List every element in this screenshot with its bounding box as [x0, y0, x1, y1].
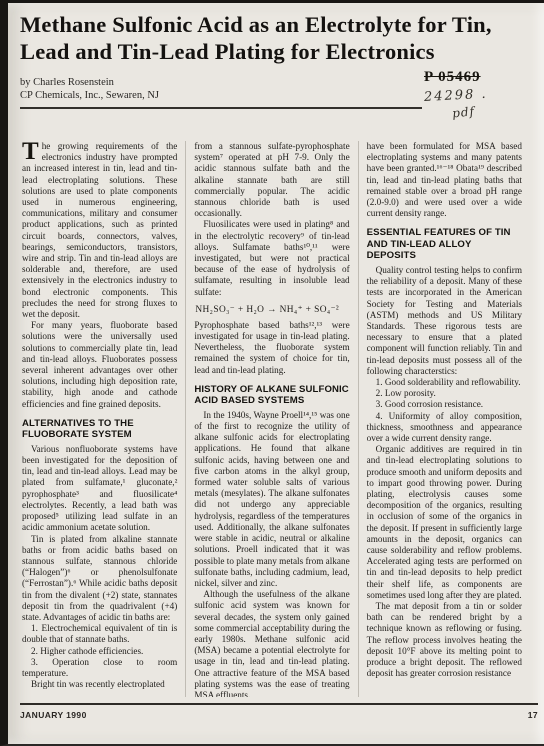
paragraph: from a stannous sulfate-pyrophosphate sy…: [194, 141, 349, 219]
list-item: 2. Higher cathode efficiencies.: [22, 646, 177, 657]
chemical-equation: NH₂SO₃⁻ + H₂O → NH₄⁺ + SO₄⁻²: [195, 304, 349, 315]
column-3: have been formulated for MSA based elect…: [358, 141, 530, 697]
page-footer: JANUARY 1990 17: [20, 710, 538, 720]
paragraph: Various nonfluoborate systems have been …: [22, 444, 177, 534]
list-item: 2. Low porosity.: [367, 388, 522, 399]
stamp-number: P 05469: [424, 69, 539, 86]
article-title: Methane Sulfonic Acid as an Electrolyte …: [20, 11, 528, 65]
list-item: 4. Uniformity of alloy composition, thic…: [367, 411, 522, 445]
list-item: 3. Operation close to room temperature.: [22, 657, 177, 679]
list-item: 3. Good corrosion resistance.: [367, 399, 522, 410]
section-heading: ALTERNATIVES TO THE FLUOBORATE SYSTEM: [22, 418, 177, 441]
column-2: from a stannous sulfate-pyrophosphate sy…: [185, 141, 357, 697]
section-heading: HISTORY OF ALKANE SULFONIC ACID BASED SY…: [194, 384, 349, 407]
paragraph: Although the usefulness of the alkane su…: [194, 589, 349, 697]
paragraph: The growing requirements of the electron…: [22, 141, 177, 320]
article-body: The growing requirements of the electron…: [20, 141, 530, 697]
paragraph: have been formulated for MSA based elect…: [367, 141, 522, 219]
paragraph: Bright tin was recently electroplated: [22, 679, 177, 690]
list-item: 1. Good solderability and reflowability.: [367, 377, 522, 388]
paragraph: Fluosilicates were used in plating⁸ and …: [194, 219, 349, 297]
paragraph: Tin is plated from alkaline stannate bat…: [22, 534, 177, 624]
issue-date: JANUARY 1990: [20, 710, 87, 720]
paragraph: Organic additives are required in tin an…: [367, 444, 522, 601]
paragraph: For many years, fluoborate based solutio…: [22, 320, 177, 410]
article-page: Methane Sulfonic Acid as an Electrolyte …: [8, 3, 544, 720]
scanned-page: Methane Sulfonic Acid as an Electrolyte …: [0, 0, 544, 746]
header-rule: [20, 107, 422, 109]
section-heading: ESSENTIAL FEATURES OF TIN AND TIN-LEAD A…: [367, 227, 522, 262]
page-number: 17: [528, 710, 538, 720]
footer-rule: [20, 703, 538, 705]
paragraph: The mat deposit from a tin or solder bat…: [367, 601, 522, 679]
margin-annotation: P 05469 24298 . pdf: [424, 69, 539, 116]
paragraph: Pyrophosphate based baths¹²,¹³ were inve…: [194, 320, 349, 376]
paragraph: Quality control testing helps to confirm…: [367, 265, 522, 377]
list-item: 1. Electrochemical equivalent of tin is …: [22, 623, 177, 645]
column-1: The growing requirements of the electron…: [20, 141, 185, 697]
paragraph: In the 1940s, Wayne Proell¹⁴,¹⁵ was one …: [194, 410, 349, 589]
